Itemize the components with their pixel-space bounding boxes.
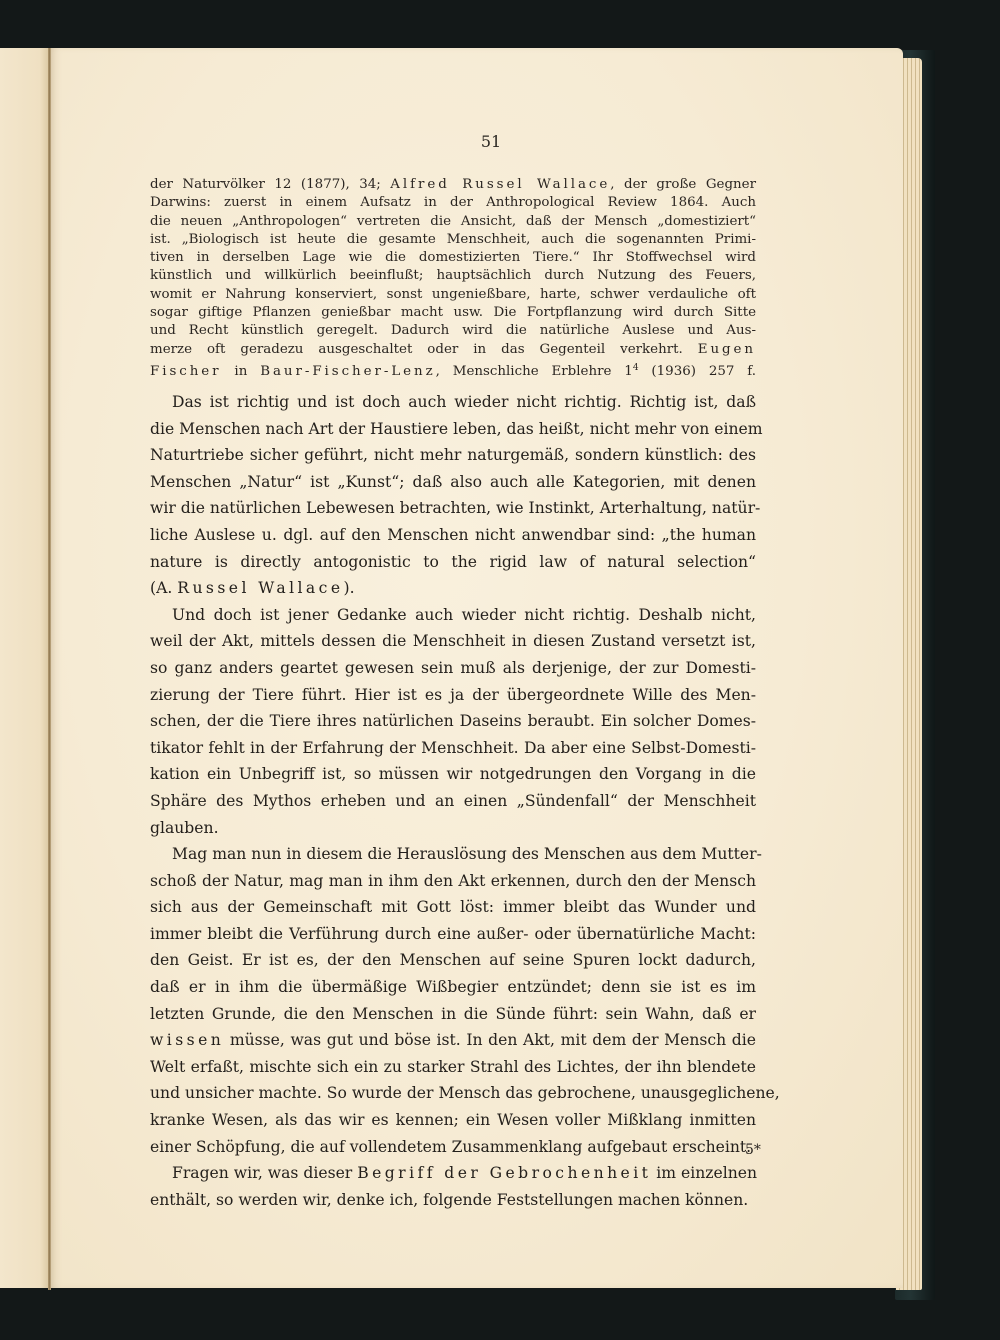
page-number: 51	[471, 132, 511, 151]
text-line: wissen müsse, was gut und böse ist. In d…	[150, 1027, 756, 1054]
footnote-line: ist. „Biologisch ist heute die gesamte M…	[150, 231, 756, 249]
text-line: den Geist. Er ist es, der den Menschen a…	[150, 947, 756, 974]
text-line: glauben.	[150, 815, 756, 842]
text-line: schoß der Natur, mag man in ihm den Akt …	[150, 868, 756, 895]
footnote-block: der Naturvölker 12 (1877), 34; Alfred Ru…	[150, 176, 756, 381]
spaced-emphasis: Russel Wallace	[177, 579, 343, 597]
text-line: letzten Grunde, die den Menschen in die …	[150, 1001, 756, 1028]
text-line: wir die natürlichen Lebewesen betrachten…	[150, 495, 756, 522]
signature-mark: 5*	[745, 1142, 761, 1158]
text-line: liche Auslese u. dgl. auf den Menschen n…	[150, 522, 756, 549]
footnote-line: der Naturvölker 12 (1877), 34; Alfred Ru…	[150, 176, 756, 194]
footnote-line: Darwins: zuerst in einem Aufsatz in der …	[150, 194, 756, 212]
footnote-line: und Recht künstlich geregelt. Dadurch wi…	[150, 322, 756, 340]
text-line: daß er in ihm die übermäßige Wißbegier e…	[150, 974, 756, 1001]
text-line: zierung der Tiere führt. Hier ist es ja …	[150, 682, 756, 709]
text-line: nature is directly antogonistic to the r…	[150, 549, 756, 576]
spaced-emphasis: Begriff der Gebrochenheit	[357, 1164, 651, 1182]
left-page-edge	[0, 48, 50, 1288]
text-line: tikator fehlt in der Erfahrung der Mensc…	[150, 735, 756, 762]
text-line: weil der Akt, mittels dessen die Menschh…	[150, 628, 756, 655]
spaced-emphasis: Alfred Russel Wallace	[390, 177, 610, 192]
footnote-line: künstlich und willkürlich beeinflußt; ha…	[150, 267, 756, 285]
spaced-emphasis: Eugen	[698, 342, 756, 357]
text-line: sich aus der Gemeinschaft mit Gott löst:…	[150, 894, 756, 921]
footnote-line: merze oft geradezu ausgeschaltet oder in…	[150, 341, 756, 359]
footnote-line: Fischer in Baur-Fischer-Lenz, Menschlich…	[150, 359, 756, 381]
text-line: die Menschen nach Art der Haustiere lebe…	[150, 416, 756, 443]
text-line: Menschen „Natur“ ist „Kunst“; daß also a…	[150, 469, 756, 496]
spaced-emphasis: Fischer	[150, 364, 222, 379]
text-line: (A. Russel Wallace).	[150, 575, 756, 602]
footnote-line: womit er Nahrung konserviert, sonst unge…	[150, 286, 756, 304]
text-line: schen, der die Tiere ihres natürlichen D…	[150, 708, 756, 735]
text-line: immer bleibt die Verführung durch eine a…	[150, 921, 756, 948]
text-line: so ganz anders geartet gewesen sein muß …	[150, 655, 756, 682]
text-line: Mag man nun in diesem die Herauslösung d…	[150, 841, 756, 868]
text-line: kation ein Unbegriff ist, so müssen wir …	[150, 761, 756, 788]
footnote-line: die neuen „Anthropologen“ vertreten die …	[150, 213, 756, 231]
footnote-line: sogar giftige Pflanzen genießbar macht u…	[150, 304, 756, 322]
footnote-line: tiven in derselben Lage wie die domestiz…	[150, 249, 756, 267]
spaced-emphasis: wissen	[150, 1031, 224, 1049]
body-text: Das ist richtig und ist doch auch wieder…	[150, 389, 756, 1213]
text-line: Und doch ist jener Gedanke auch wieder n…	[150, 602, 756, 629]
text-line: Fragen wir, was dieser Begriff der Gebro…	[150, 1160, 756, 1187]
book-page: 51 der Naturvölker 12 (1877), 34; Alfred…	[51, 48, 903, 1288]
text-line: Welt erfaßt, mischte sich ein zu starker…	[150, 1054, 756, 1081]
text-line: einer Schöpfung, die auf vollendetem Zus…	[150, 1134, 756, 1161]
superscript: 4	[633, 363, 639, 373]
text-line: Naturtriebe sicher geführt, nicht mehr n…	[150, 442, 756, 469]
text-line: und unsicher machte. So wurde der Mensch…	[150, 1080, 756, 1107]
text-line: enthält, so werden wir, denke ich, folge…	[150, 1187, 756, 1214]
text-line: Sphäre des Mythos erheben und an einen „…	[150, 788, 756, 815]
text-line: kranke Wesen, als das wir es kennen; ein…	[150, 1107, 756, 1134]
spaced-emphasis: Baur-Fischer-Lenz	[260, 364, 435, 379]
text-line: Das ist richtig und ist doch auch wieder…	[150, 389, 756, 416]
